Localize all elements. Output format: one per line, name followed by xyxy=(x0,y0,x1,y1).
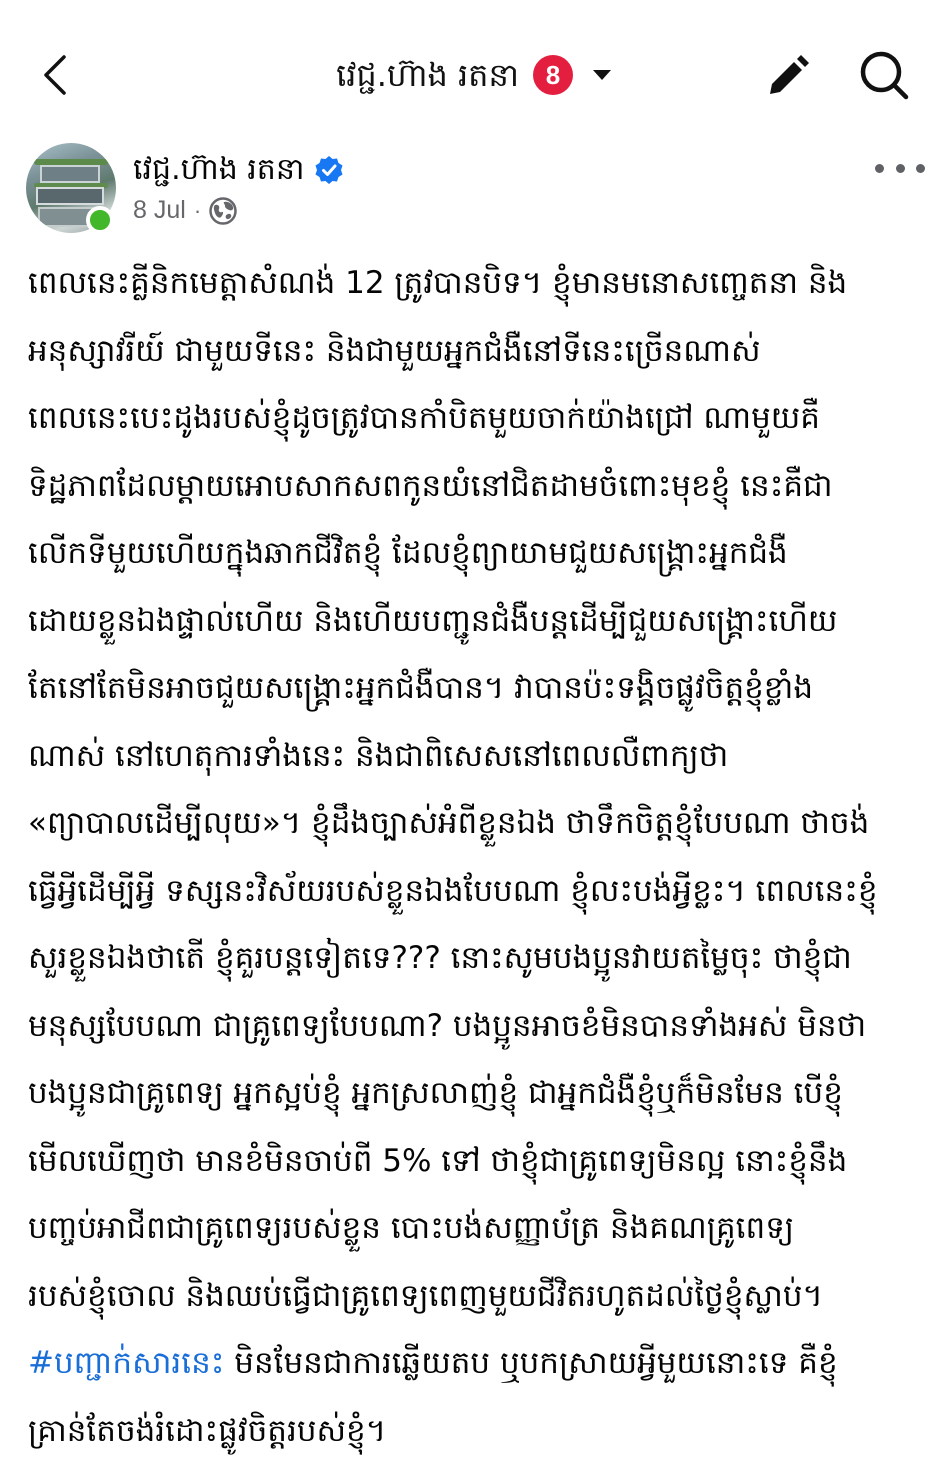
post-text-line: ធ្វើអ្វីដើម្បីអ្វី ទស្សនះវិស័យរបស់ខ្លួនឯ… xyxy=(28,858,928,926)
more-options-button[interactable] xyxy=(875,156,925,180)
more-dot-icon xyxy=(875,164,884,173)
author-row: វេជ្ជ.ហ៊ាង រតនា xyxy=(133,148,344,192)
more-dot-icon xyxy=(896,164,905,173)
post-text-line: ពេលនេះបេះដូងរបស់ខ្ញុំដូចត្រូវបានកាំបិតមួ… xyxy=(28,385,928,453)
meta-separator: · xyxy=(194,198,201,224)
post-text-line: មើលឃើញថា មានខំមិនចាប់ពី 5% ទៅ ថាខ្ញុំជាគ… xyxy=(28,1128,928,1196)
online-status-indicator xyxy=(86,206,114,234)
post-text-line: មនុស្សបែបណា ជាគ្រូពេទ្យបែបណា? បងប្អូនអាច… xyxy=(28,993,928,1061)
post-text-line: ទិដ្ឋភាពដែលម្ដាយអោបសាកសពកូនយំនៅជិតដាមចំព… xyxy=(28,453,928,521)
post-body: ពេលនេះគ្លីនិកមេត្តាសំណង់ 12 ត្រូវបានបិទ។… xyxy=(28,250,928,1452)
post-text-line: «ព្យាបាលដើម្បីលុយ»។ ខ្ញុំដឹងច្បាស់អំពីខ្… xyxy=(28,790,928,858)
post-text-segment: មិនមែនជាការឆ្លើយតប ឬបកស្រាយអ្វីមួយនោះទេ … xyxy=(224,1345,837,1381)
post-text-line: បញ្ចប់អាជីពជាគ្រូពេទ្យរបស់ខ្លួន បោះបង់សញ… xyxy=(28,1195,928,1263)
edit-button[interactable] xyxy=(760,48,816,104)
post-date[interactable]: 8 Jul xyxy=(133,196,186,225)
search-icon xyxy=(858,49,912,103)
search-button[interactable] xyxy=(855,46,915,106)
post-text-line: ដោយខ្លួនឯងផ្ទាល់ហើយ និងហើយបញ្ជូនជំងឺបន្ត… xyxy=(28,588,928,656)
caret-down-icon xyxy=(593,70,611,80)
avatar-image-detail xyxy=(36,187,104,205)
avatar-image-detail xyxy=(40,165,100,183)
hashtag-link[interactable]: #បញ្ជាក់សារនេះ xyxy=(28,1345,224,1381)
post-text-line: គ្រាន់តែចង់រំដោះផ្លូវចិត្តរបស់ខ្ញុំ។ xyxy=(28,1398,928,1453)
globe-icon xyxy=(209,197,237,225)
post-text-line-hashtag: #បញ្ជាក់សារនេះ មិនមែនជាការឆ្លើយតប ឬបកស្រ… xyxy=(28,1330,928,1398)
pencil-icon xyxy=(765,53,811,99)
post-header: វេជ្ជ.ហ៊ាង រតនា 8 Jul · xyxy=(0,140,947,240)
notification-badge: 8 xyxy=(533,55,573,95)
post-text-line: បងប្អូនជាគ្រូពេទ្យ អ្នកស្អប់ខ្ញុំ អ្នកស្… xyxy=(28,1060,928,1128)
post-meta: 8 Jul · xyxy=(133,196,237,225)
post-text-line: តែនៅតែមិនអាចជួយសង្គ្រោះអ្នកជំងឺបាន។ វាបា… xyxy=(28,655,928,723)
post-text-line: អនុស្សាវរីយ៍ ជាមួយទីនេះ និងជាមួយអ្នកជំងឺ… xyxy=(28,318,928,386)
post-text-line: របស់ខ្ញុំចោល និងឈប់ធ្វើជាគ្រូពេទ្យពេញមួយ… xyxy=(28,1263,928,1331)
author-name[interactable]: វេជ្ជ.ហ៊ាង រតនា xyxy=(133,148,304,192)
verified-badge-icon xyxy=(314,155,344,185)
post-text-line: ណាស់ នៅហេតុការទាំងនេះ និងជាពិសេសនៅពេលលឺព… xyxy=(28,723,928,791)
post-text-line: ពេលនេះគ្លីនិកមេត្តាសំណង់ 12 ត្រូវបានបិទ។… xyxy=(28,250,928,318)
page-title: វេជ្ជ.ហ៊ាង រតនា xyxy=(336,50,519,100)
post-text-line: លើកទីមួយហើយក្នុងឆាកជីវិតខ្ញុំ ដែលខ្ញុំព្… xyxy=(28,520,928,588)
post-text-line: សួរខ្លួនឯងថាតើ ខ្ញុំគួរបន្តទៀតទេ??? នោះស… xyxy=(28,925,928,993)
more-dot-icon xyxy=(916,164,925,173)
top-navigation-bar: វេជ្ជ.ហ៊ាង រតនា 8 xyxy=(0,0,947,140)
